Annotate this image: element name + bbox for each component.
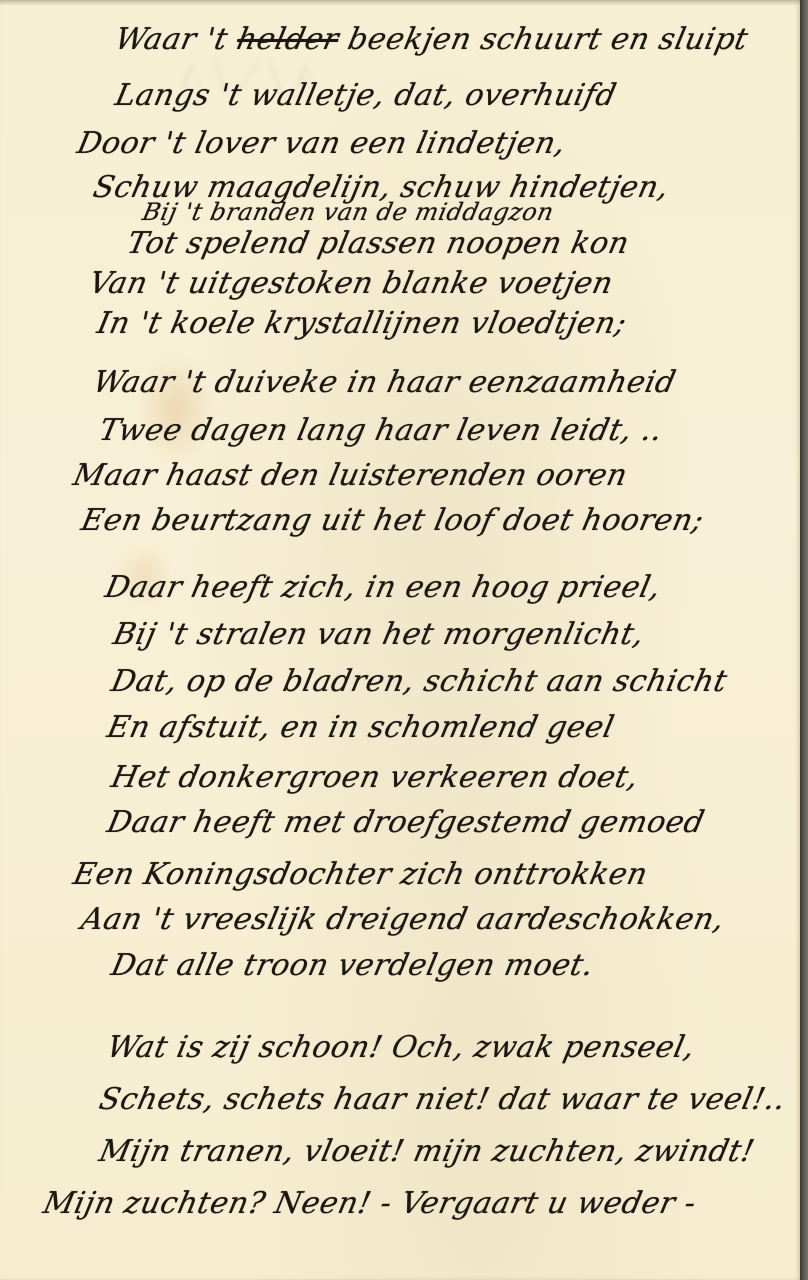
struck-word: helder xyxy=(234,22,342,57)
poem-line-12: Daar heeft zich, in een hoog prieel, xyxy=(102,570,664,605)
poem-line-14: Dat, op de bladren, schicht aan schicht xyxy=(108,664,730,699)
page-binding-edge xyxy=(800,0,808,1280)
poem-line-16: Het donkergroen verkeeren doet, xyxy=(108,760,642,795)
poem-line-20: Dat alle troon verdelgen moet. xyxy=(108,948,597,983)
poem-line-15: En afstuit, en in schomlend geel xyxy=(104,710,618,745)
poem-line-24: Mijn zuchten? Neen! - Vergaart u weder - xyxy=(40,1186,699,1221)
poem-line-10: Maar haast den luisterenden ooren xyxy=(70,458,631,493)
manuscript-page: Λ ╱ ╲ ╱ Λ Waar 't helder beekjen schuurt… xyxy=(0,0,800,1280)
line-text: Waar 't xyxy=(112,22,241,57)
poem-line-13: Bij 't stralen van het morgenlicht, xyxy=(110,617,648,652)
poem-line-6: Van 't uitgestoken blanke voetjen xyxy=(86,266,616,301)
poem-line-1: Waar 't helder beekjen schuurt en sluipt xyxy=(112,22,751,57)
poem-line-9: Twee dagen lang haar leven leidt, .. xyxy=(96,413,666,448)
poem-line-21: Wat is zij schoon! Och, zwak penseel, xyxy=(104,1030,698,1065)
poem-line-17: Daar heeft met droefgestemd gemoed xyxy=(104,805,708,840)
poem-line-insertion: Bij 't branden van de middagzon xyxy=(140,198,556,226)
poem-line-18: Een Koningsdochter zich onttrokken xyxy=(70,857,651,892)
line-text-cont: beekjen schuurt en sluipt xyxy=(335,22,752,57)
poem-line-8: Waar 't duiveke in haar eenzaamheid xyxy=(90,365,679,400)
poem-line-7: In 't koele krystallijnen vloedtjen; xyxy=(94,306,630,341)
poem-line-3: Door 't lover van een lindetjen, xyxy=(74,126,569,161)
poem-line-22: Schets, schets haar niet! dat waar te ve… xyxy=(96,1082,789,1117)
poem-line-11: Een beurtzang uit het loof doet hooren; xyxy=(78,503,707,538)
page-top-shadow xyxy=(0,0,800,6)
poem-line-5: Tot spelend plassen noopen kon xyxy=(124,226,632,261)
poem-line-2: Langs 't walletje, dat, overhuifd xyxy=(112,78,620,113)
poem-line-19: Aan 't vreeslijk dreigend aardeschokken, xyxy=(78,902,728,937)
poem-line-23: Mijn tranen, vloeit! mijn zuchten, zwind… xyxy=(96,1134,758,1169)
